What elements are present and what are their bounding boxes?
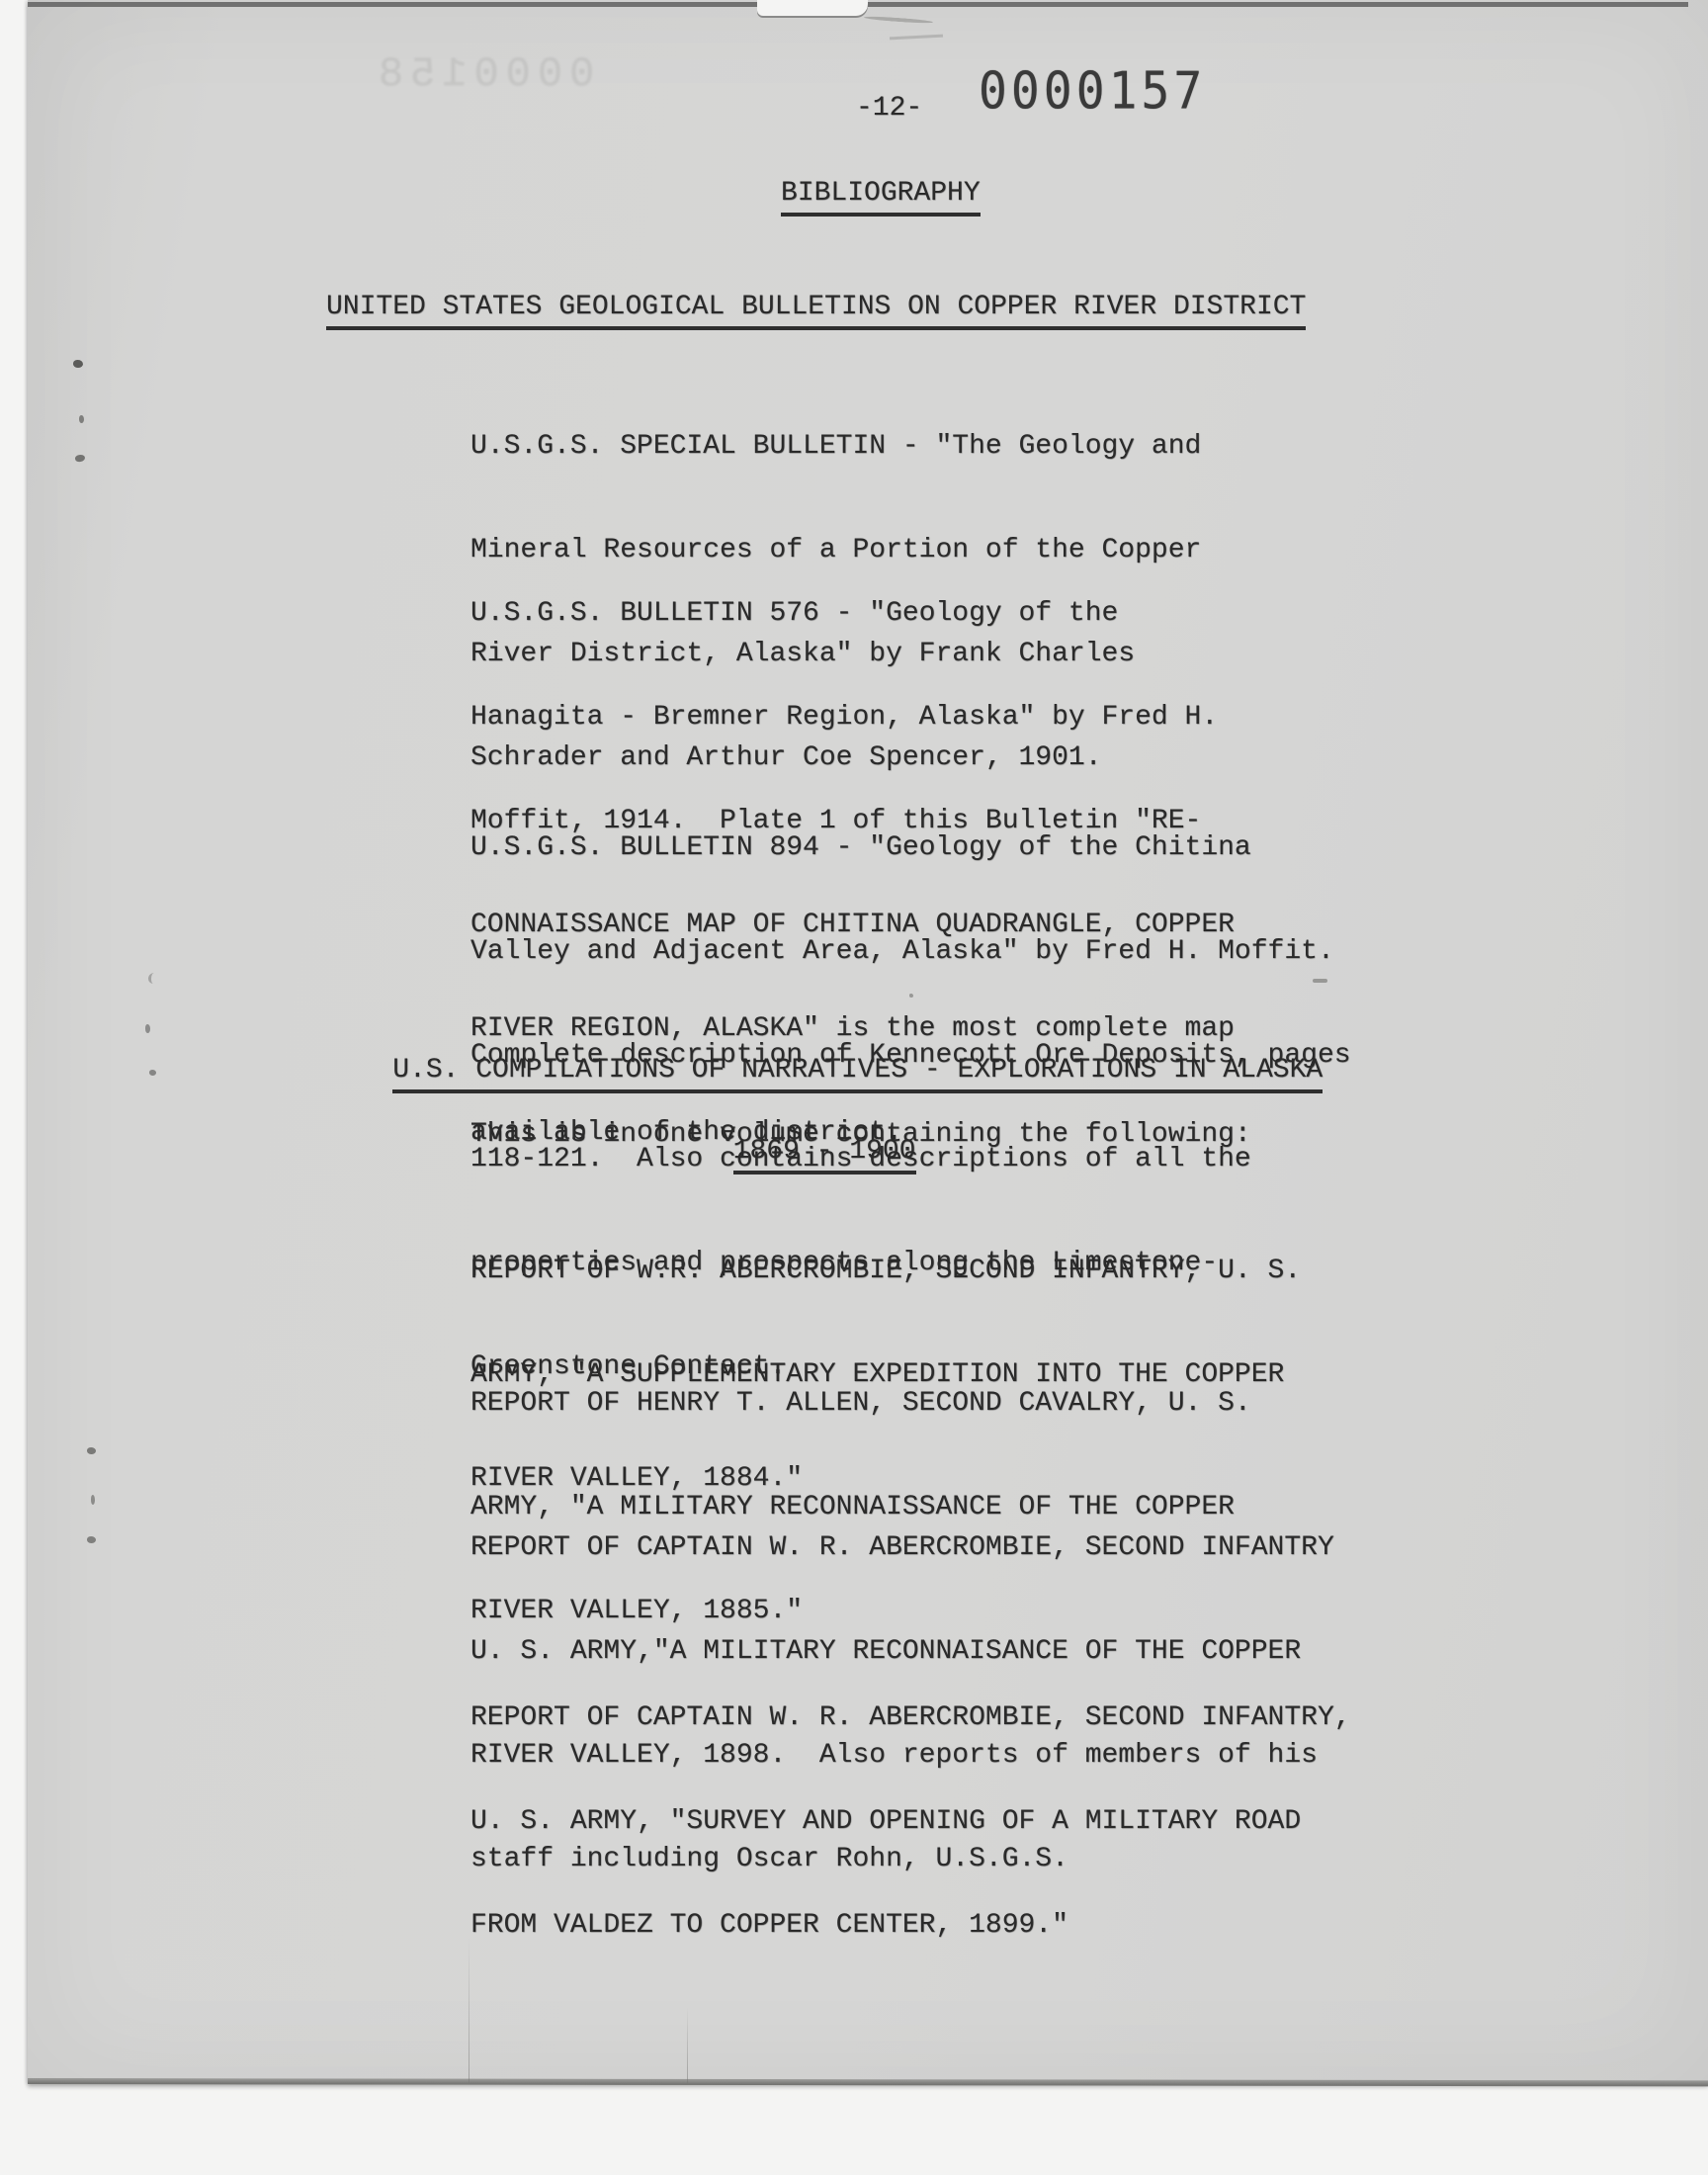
scan-speck — [79, 415, 84, 423]
text-line: U.S.G.S. BULLETIN 894 - "Geology of the … — [470, 830, 1351, 865]
scan-speck — [73, 360, 83, 368]
scan-speck — [149, 1070, 156, 1076]
paper-crease — [687, 2007, 688, 2084]
scan-speck — [91, 1495, 95, 1505]
section-1-heading-text: UNITED STATES GEOLOGICAL BULLETINS ON CO… — [326, 290, 1306, 330]
section-1-heading: UNITED STATES GEOLOGICAL BULLETINS ON CO… — [326, 290, 1306, 330]
paper-top-tear — [757, 0, 868, 16]
text-line: REPORT OF CAPTAIN W. R. ABERCROMBIE, SEC… — [470, 1700, 1351, 1735]
section-2-intro: This is in one volume containing the fol… — [470, 1117, 1251, 1152]
text-line: REPORT OF W.R. ABERCROMBIE, SECOND INFAN… — [470, 1254, 1301, 1288]
text-line: U.S.G.S. BULLETIN 576 - "Geology of the — [470, 596, 1235, 631]
text-line: REPORT OF CAPTAIN W. R. ABERCROMBIE, SEC… — [470, 1530, 1334, 1565]
document-title: BIBLIOGRAPHY — [781, 176, 981, 217]
paper-bottom-edge — [28, 2078, 1708, 2086]
report-entry: REPORT OF CAPTAIN W. R. ABERCROMBIE, SEC… — [470, 1631, 1351, 2012]
document-title-text: BIBLIOGRAPHY — [781, 176, 981, 217]
paper-crumple-mark — [890, 35, 943, 41]
scan-speck — [74, 454, 85, 463]
page-number: -12- — [856, 91, 922, 126]
text-line: Valley and Adjacent Area, Alaska" by Fre… — [470, 934, 1351, 969]
stamp-number: 0000157 — [979, 63, 1206, 119]
scan-speck — [87, 1447, 96, 1454]
scan-background: { "colors": { "paper": "#d4d4d3", "bg": … — [0, 0, 1708, 2175]
paper-crumple-mark — [864, 16, 933, 25]
text-line: REPORT OF HENRY T. ALLEN, SECOND CAVALRY… — [470, 1386, 1251, 1421]
scan-speck — [148, 973, 159, 984]
paper-crease — [469, 1938, 470, 2084]
ghost-stamp-number: 0000158 — [372, 57, 594, 92]
scan-speck — [145, 1024, 150, 1033]
text-line: FROM VALDEZ TO COPPER CENTER, 1899." — [470, 1908, 1351, 1943]
text-line: U.S.G.S. SPECIAL BULLETIN - "The Geology… — [470, 429, 1201, 464]
text-line: Hanagita - Bremner Region, Alaska" by Fr… — [470, 700, 1235, 735]
paper-sheet: 0000158 -12- 0000157 BIBLIOGRAPHY UNITED… — [28, 0, 1708, 2084]
section-2-heading-text: U.S. COMPILATIONS OF NARRATIVES - EXPLOR… — [392, 1053, 1323, 1093]
text-line: U. S. ARMY, "SURVEY AND OPENING OF A MIL… — [470, 1804, 1351, 1839]
scan-speck — [87, 1536, 96, 1543]
